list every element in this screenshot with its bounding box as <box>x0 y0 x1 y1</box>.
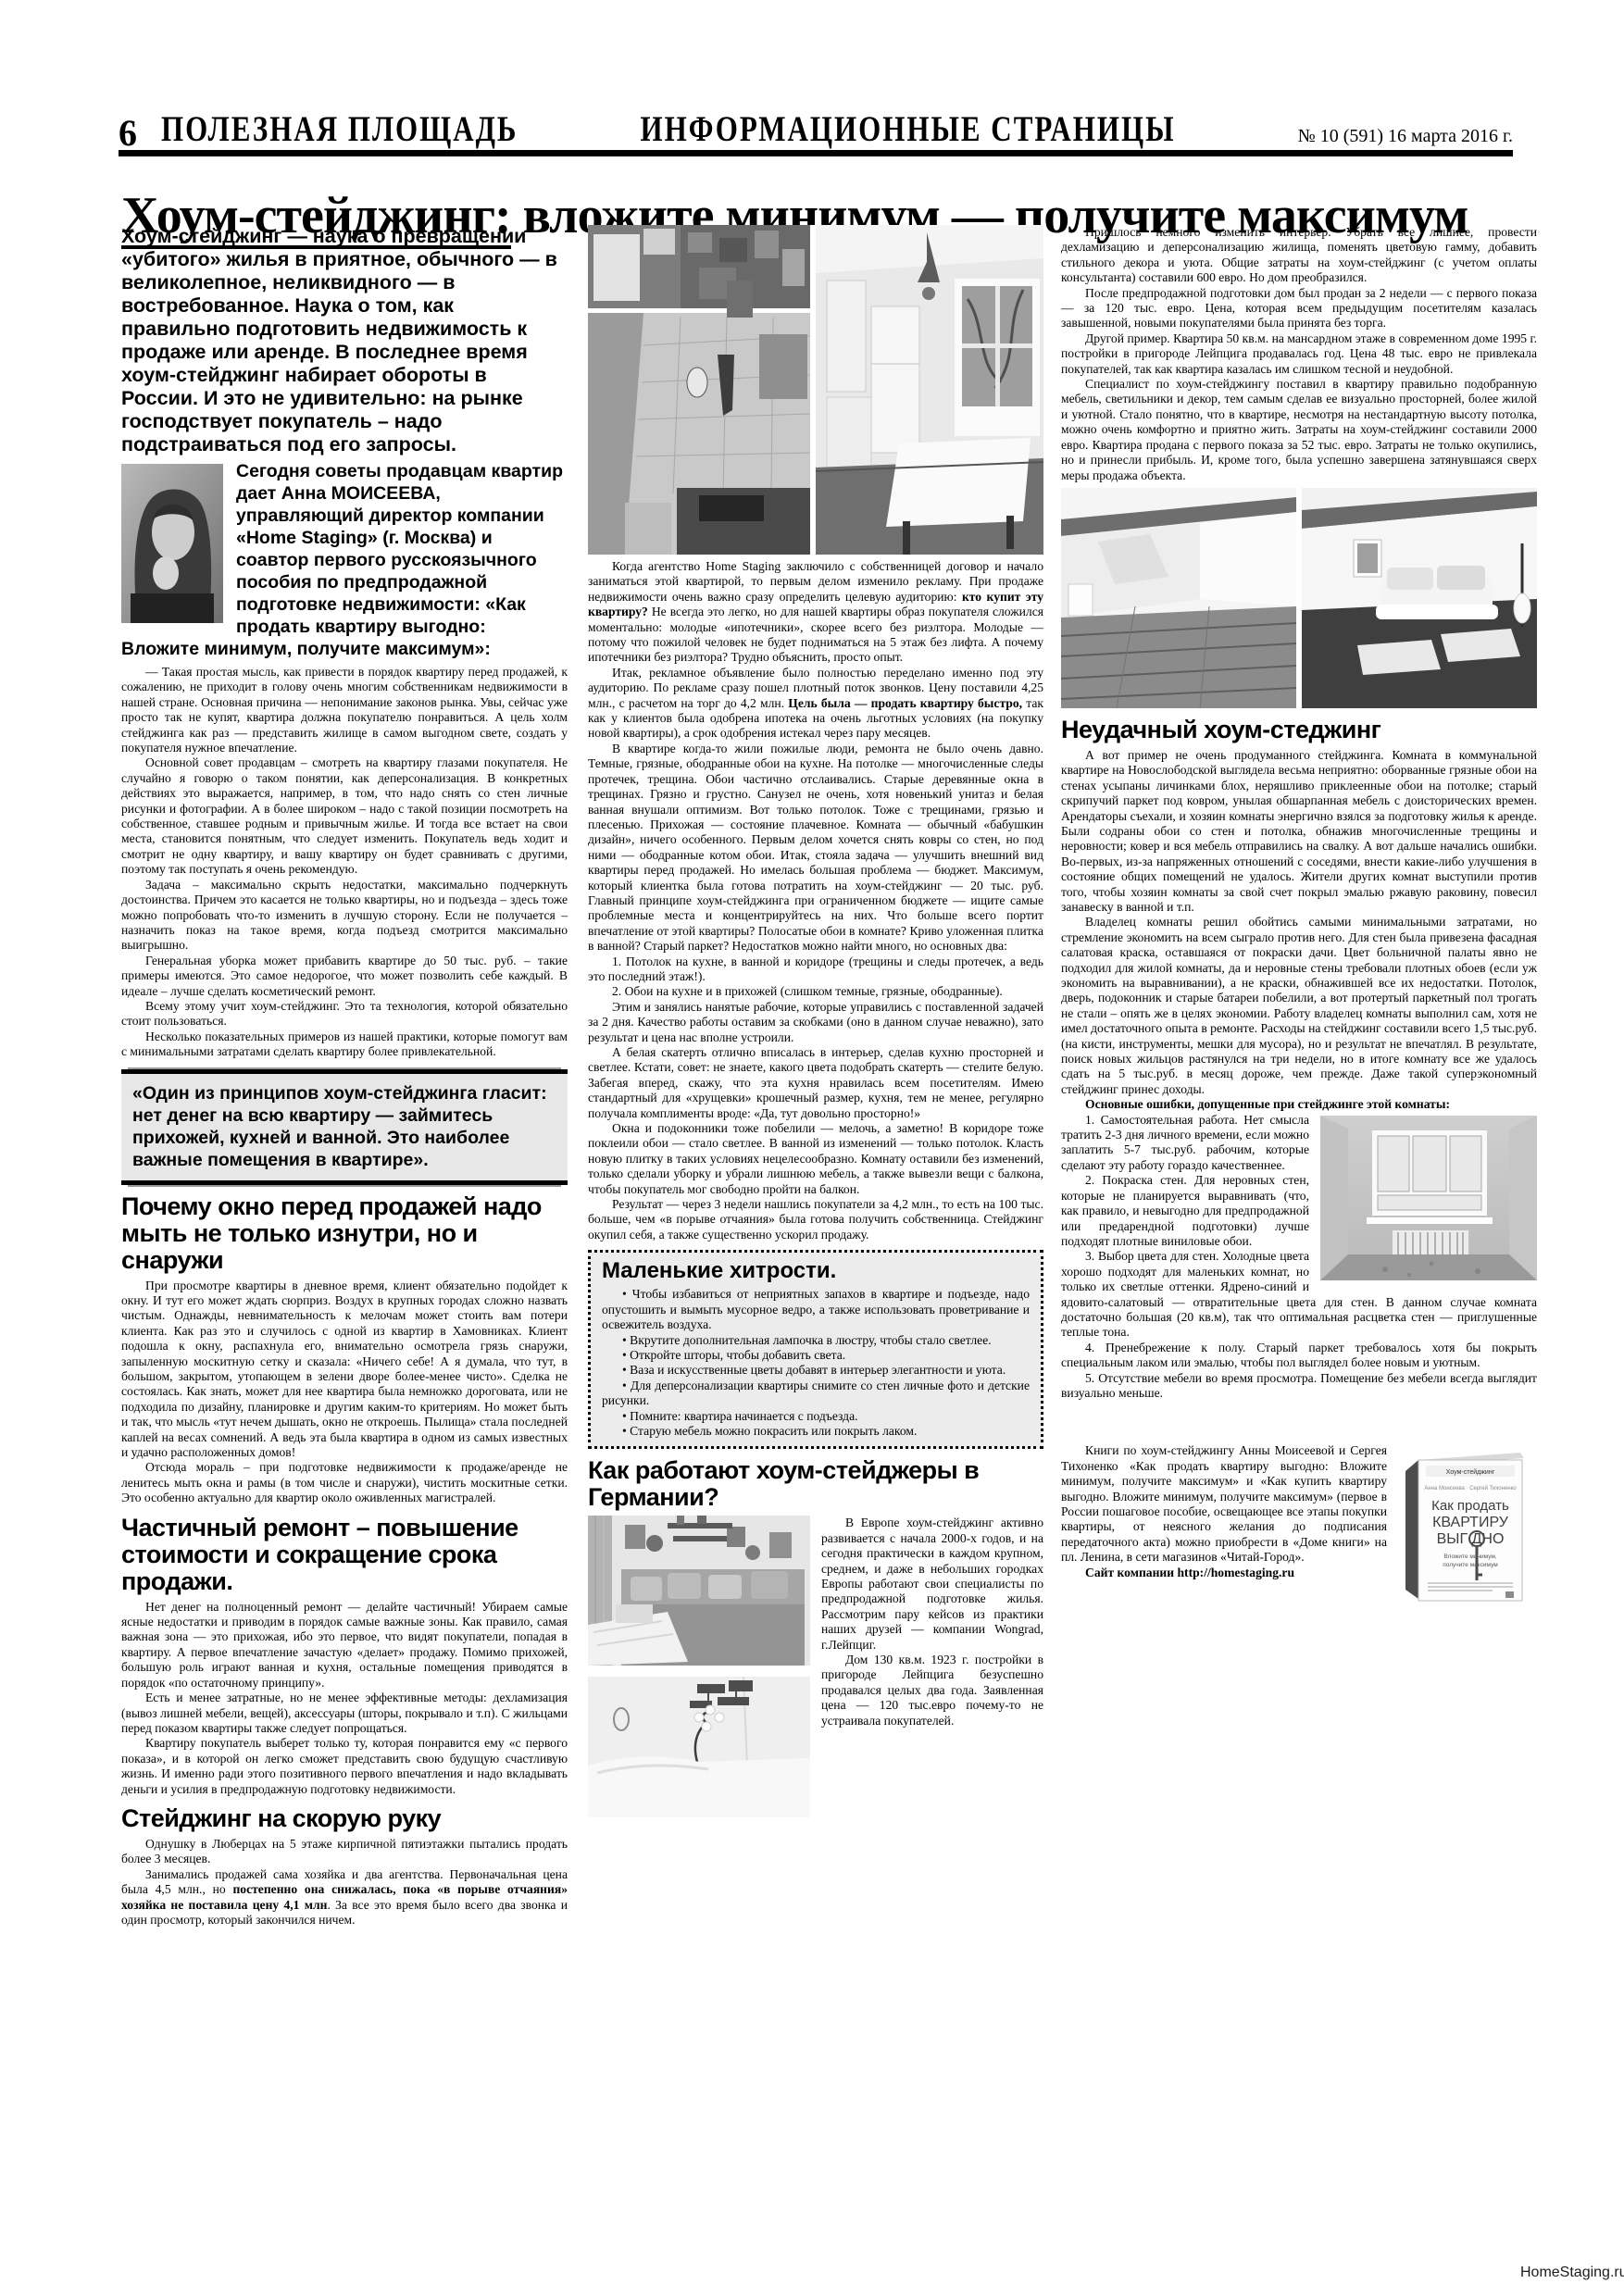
paragraph: Другой пример. Квартира 50 кв.м. на манс… <box>1061 331 1537 377</box>
section-title-failed-staging: Неудачный хоум-стеджинг <box>1061 717 1537 743</box>
photo-kitchen-before-after-collage <box>588 225 1043 555</box>
error-item: 5. Отсутствие мебели во время просмотра.… <box>1061 1371 1537 1402</box>
tip-item: Помните: квартира начинается с подъезда. <box>602 1409 1030 1424</box>
book-sub-2: получите максимум <box>1443 1562 1498 1568</box>
books-note: Хоум-стейджинг Анна Моисеева · Сергей Ти… <box>1061 1443 1537 1580</box>
column-middle: Когда агентство Home Staging заключило с… <box>588 225 1043 1817</box>
tip-item: Ваза и искусственные цветы добавят в инт… <box>602 1363 1030 1378</box>
paragraph: А белая скатерть отлично вписалась в инт… <box>588 1045 1043 1121</box>
paragraph: При просмотре квартиры в дневное время, … <box>121 1279 568 1461</box>
section-title-window: Почему окно перед продажей надо мыть не … <box>121 1193 568 1274</box>
paragraph: В Европе хоум-стейджинг активно развивае… <box>821 1516 1043 1653</box>
paragraph: Отсюда мораль – при подготовке недвижимо… <box>121 1460 568 1505</box>
errors-lead: Основные ошибки, допущенные при стейджин… <box>1061 1097 1537 1112</box>
paragraph: Дом 130 кв.м. 1923 г. постройки в пригор… <box>821 1653 1043 1728</box>
photo-anna-moiseeva-portrait <box>121 464 223 623</box>
paragraph: После предпродажной подготовки дом был п… <box>1061 286 1537 331</box>
photo-book-cover: Хоум-стейджинг Анна Моисеева · Сергей Ти… <box>1396 1445 1537 1608</box>
paragraph: Нет денег на полноценный ремонт — делайт… <box>121 1600 568 1691</box>
tip-item: Вкрутите дополнительная лампочка в люстр… <box>602 1333 1030 1348</box>
list-item: 2. Обои на кухне и в прихожей (слишком т… <box>588 984 1043 999</box>
intro-paragraph-1: Хоум-стейджинг — наука о превращении «уб… <box>121 225 568 456</box>
photo-attic-room-staged <box>1302 488 1537 708</box>
masthead-title-left: ПОЛЕЗНАЯ ПЛОЩАДЬ <box>161 108 518 150</box>
photo-attic-room-empty <box>1061 488 1296 708</box>
tips-box: Маленькие хитрости. Чтобы избавиться от … <box>588 1250 1043 1449</box>
paragraph: Генеральная уборка может прибавить кварт… <box>121 954 568 999</box>
intro-with-portrait: Сегодня советы продавцам квартир дает Ан… <box>121 460 568 665</box>
list-item: 1. Потолок на кухне, в ванной и коридоре… <box>588 955 1043 985</box>
column-right: Пришлось немного изменить интерьер. Убра… <box>1061 225 1537 1610</box>
paragraph: Когда агентство Home Staging заключило с… <box>588 559 1043 666</box>
paragraph: Есть и менее затратные, но не менее эффе… <box>121 1691 568 1736</box>
paragraph: Основной совет продавцам – смотреть на к… <box>121 755 568 877</box>
paragraph: Результат — через 3 недели нашлись покуп… <box>588 1197 1043 1242</box>
section-title-germany: Как работают хоум-стейджеры в Германии? <box>588 1457 1043 1511</box>
tip-item: Старую мебель можно покрасить или покрыт… <box>602 1424 1030 1439</box>
book-title-2: КВАРТИРУ <box>1432 1515 1509 1530</box>
photo-empty-room-window <box>1320 1116 1537 1280</box>
paragraph: Всему этому учит хоум-стейджинг. Это та … <box>121 999 568 1029</box>
section-title-repair: Частичный ремонт – повышение стоимости и… <box>121 1515 568 1595</box>
tips-box-title: Маленькие хитрости. <box>602 1258 1030 1284</box>
germany-text: В Европе хоум-стейджинг активно развивае… <box>821 1516 1043 1817</box>
paragraph: Итак, рекламное объявление было полность… <box>588 666 1043 742</box>
paragraph: Окна и подоконники тоже побелили — мелоч… <box>588 1121 1043 1197</box>
column-left: Хоум-стейджинг — наука о превращении «уб… <box>121 225 568 1928</box>
germany-photos <box>588 1516 810 1817</box>
tip-item: Чтобы избавиться от неприятных запахов в… <box>602 1287 1030 1332</box>
paragraph: Занимались продажей сама хозяйка и два а… <box>121 1867 568 1928</box>
book-top-band: Хоум-стейджинг <box>1446 1468 1495 1476</box>
paragraph: — Такая простая мысль, как привести в по… <box>121 665 568 755</box>
attic-photos <box>1061 488 1537 708</box>
section-title-quick-staging: Стейджинг на скорую руку <box>121 1805 568 1832</box>
pull-quote-box: «Один из принципов хоум-стейджинга гласи… <box>121 1069 568 1185</box>
watermark-homestaging: HomeStaging.ru <box>1520 2265 1624 2281</box>
masthead-issue-date: № 10 (591) 16 марта 2016 г. <box>1298 122 1513 150</box>
tip-item: Для деперсонализации квартиры снимите со… <box>602 1379 1030 1409</box>
paragraph: Однушку в Люберцах на 5 этаже кирпичной … <box>121 1837 568 1867</box>
book-sub-1: Вложите минимум, <box>1443 1554 1497 1560</box>
tip-item: Откройте шторы, чтобы добавить света. <box>602 1348 1030 1363</box>
paragraph: Специалист по хоум-стейджингу поставил в… <box>1061 377 1537 483</box>
masthead-title-center: ИНФОРМАЦИОННЫЕ СТРАНИЦЫ <box>641 108 1176 150</box>
paragraph: А вот пример не очень продуманного стейд… <box>1061 748 1537 915</box>
paragraph: Пришлось немного изменить интерьер. Убра… <box>1061 225 1537 286</box>
paragraph: В квартире когда-то жили пожилые люди, р… <box>588 742 1043 955</box>
photo-german-living-room-after <box>588 1677 810 1817</box>
paragraph: Задача – максимально скрыть недостатки, … <box>121 878 568 954</box>
paragraph: Несколько показательных примеров из наше… <box>121 1029 568 1060</box>
germany-section: В Европе хоум-стейджинг активно развивае… <box>588 1516 1043 1817</box>
book-authors: Анна Моисеева · Сергей Тихоненко <box>1424 1485 1517 1491</box>
book-title-1: Как продать <box>1431 1498 1509 1514</box>
error-item: 4. Пренебрежение к полу. Старый паркет т… <box>1061 1341 1537 1371</box>
paragraph: Владелец комнаты решил обойтись самыми м… <box>1061 915 1537 1097</box>
page-number: 6 <box>119 117 137 150</box>
photo-german-living-room-before <box>588 1516 810 1666</box>
paragraph: Квартиру покупатель выберет только ту, к… <box>121 1736 568 1797</box>
paragraph: Этим и занялись нанятые рабочие, которые… <box>588 1000 1043 1045</box>
masthead: 6 ПОЛЕЗНАЯ ПЛОЩАДЬ ИНФОРМАЦИОННЫЕ СТРАНИ… <box>119 109 1513 156</box>
